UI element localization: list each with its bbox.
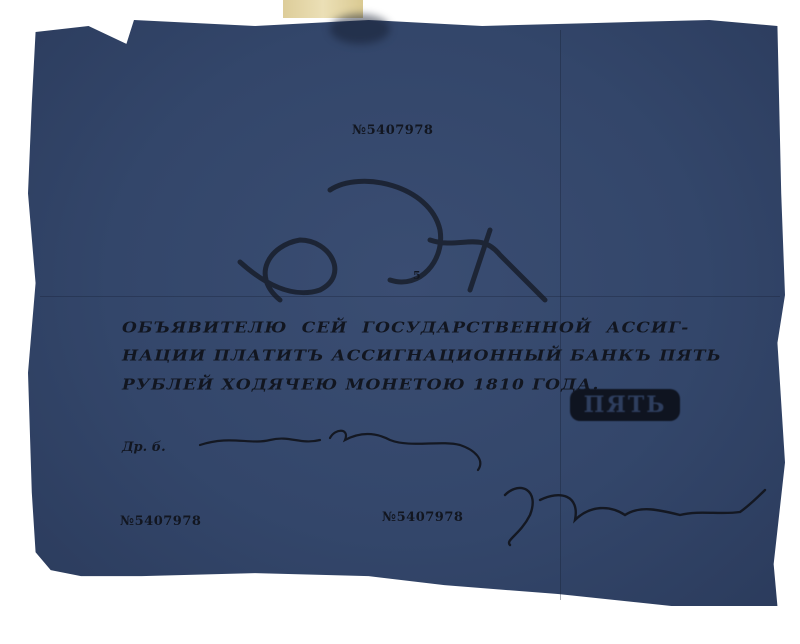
central-signature <box>240 181 545 300</box>
middle-signature <box>200 431 480 470</box>
bottom-right-signature <box>505 488 765 545</box>
handwritten-signatures <box>0 0 800 644</box>
